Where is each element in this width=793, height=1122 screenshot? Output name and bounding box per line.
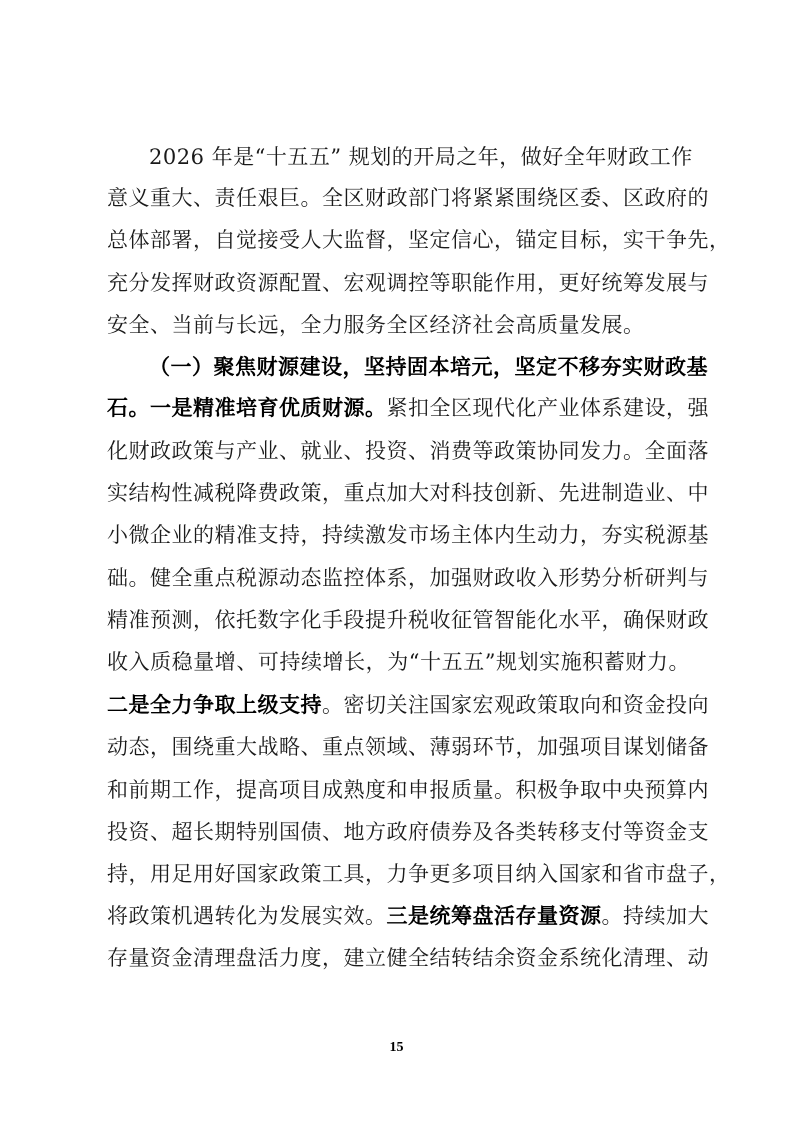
paragraph-line: 总体部署，自觉接受人大监督，坚定信心，锚定目标，实干争先， [107,225,690,255]
paragraph-line: 意义重大、责任艰巨。全区财政部门将紧紧围绕区委、区政府的 [107,183,690,213]
paragraph-line: 二是全力争取上级支持。密切关注国家宏观政策取向和资金投向 [107,690,690,720]
document-page: 2026 年是“十五五” 规划的开局之年，做好全年财政工作 意义重大、责任艰巨。… [0,0,793,1122]
body-text: 。密切关注国家宏观政策取向和资金投向 [322,693,709,717]
paragraph-line: 精准预测，依托数字化手段提升税收征管智能化水平，确保财政 [107,605,690,635]
paragraph-line: 化财政政策与产业、就业、投资、消费等政策协同发力。全面落 [107,436,690,466]
page-number: 15 [0,1040,793,1056]
paragraph-line: 动态，围绕重大战略、重点领域、薄弱环节，加强项目谋划储备 [107,732,690,762]
paragraph-line: 投资、超长期特别国债、地方政府债券及各类转移支付等资金支 [107,817,690,847]
paragraph-line: 石。一是精准培育优质财源。紧扣全区现代化产业体系建设，强 [107,393,690,423]
body-text: 紧扣全区现代化产业体系建设，强 [387,396,710,420]
point-title-2: 二是全力争取上级支持 [107,692,322,717]
paragraph-line: 实结构性减税降费政策，重点加大对科技创新、先进制造业、中 [107,478,690,508]
paragraph-line: 和前期工作，提高项目成熟度和申报质量。积极争取中央预算内 [107,775,690,805]
point-title-punct: 。 [365,395,387,420]
section-heading-continuation: 石。 [107,395,150,420]
paragraph-line: 安全、当前与长远，全力服务全区经济社会高质量发展。 [107,310,690,340]
paragraph-line: 将政策机遇转化为发展实效。三是统筹盘活存量资源。持续加大 [107,901,690,931]
paragraph-line: 2026 年是“十五五” 规划的开局之年，做好全年财政工作 [149,142,690,172]
paragraph-line: 小微企业的精准支持，持续激发市场主体内生动力，夯实税源基 [107,520,690,550]
paragraph-line: 持，用足用好国家政策工具，力争更多项目纳入国家和省市盘子， [107,859,690,889]
point-title-1: 一是精准培育优质财源 [150,395,365,420]
paragraph-line: 收入质稳量增、可持续增长，为“十五五”规划实施积蓄财力。 [107,647,690,677]
paragraph-line: 充分发挥财政资源配置、宏观调控等职能作用，更好统筹发展与 [107,268,690,298]
point-title-3: 三是统筹盘活存量资源 [387,903,602,928]
section-heading: （一）聚焦财源建设，坚持固本培元，坚定不移夯实财政基 [149,352,690,382]
paragraph-line: 础。健全重点税源动态监控体系，加强财政收入形势分析研判与 [107,563,690,593]
body-text: 。持续加大 [602,904,710,928]
paragraph-line: 存量资金清理盘活力度，建立健全结转结余资金系统化清理、动 [107,943,690,973]
body-text: 将政策机遇转化为发展实效。 [107,904,387,928]
